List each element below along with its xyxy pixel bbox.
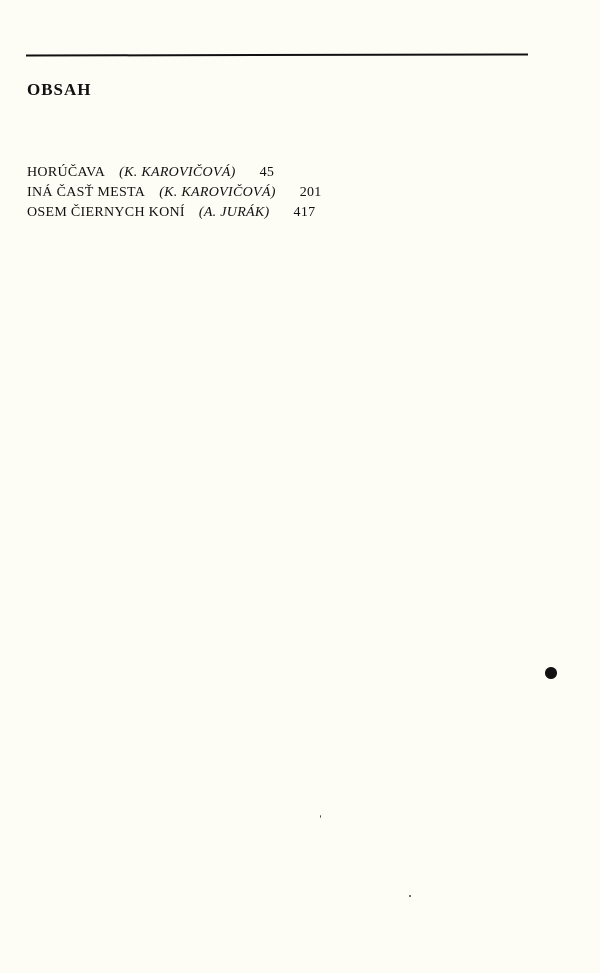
page-title: OBSAH [27,80,92,100]
paper-speck [320,815,321,818]
entry-author: (K. KAROVIČOVÁ) [159,185,275,200]
ink-dot [545,667,557,679]
paper-speck [409,895,411,897]
header-rule [26,53,528,56]
toc-entry: OSEM ČIERNYCH KONÍ(A. JURÁK)417 [27,203,322,223]
entry-title: INÁ ČASŤ MESTA [27,185,145,200]
table-of-contents: HORÚČAVA(K. KAROVIČOVÁ)45 INÁ ČASŤ MESTA… [27,163,322,223]
entry-title: HORÚČAVA [27,165,105,180]
entry-author: (A. JURÁK) [199,205,270,220]
entry-page: 45 [260,165,275,180]
toc-entry: INÁ ČASŤ MESTA(K. KAROVIČOVÁ)201 [27,183,322,203]
entry-page: 417 [294,205,316,220]
toc-entry: HORÚČAVA(K. KAROVIČOVÁ)45 [27,163,322,183]
entry-page: 201 [300,185,322,200]
entry-title: OSEM ČIERNYCH KONÍ [27,205,185,220]
entry-author: (K. KAROVIČOVÁ) [119,165,235,180]
